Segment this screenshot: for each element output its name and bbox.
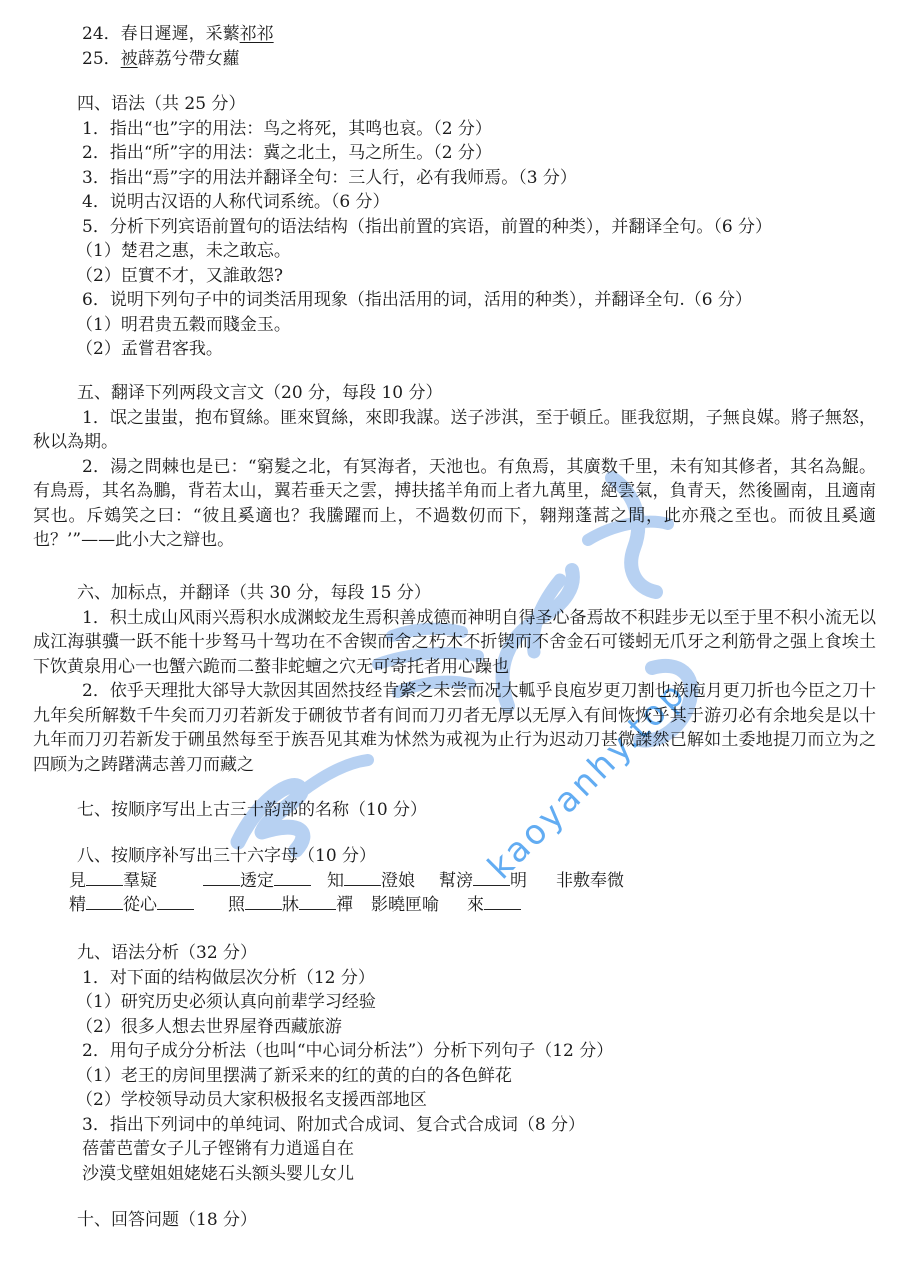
- question-25-text: 薜荔兮帶女蘿: [138, 49, 240, 69]
- text-line: 2．用句子成分分析法（也叫“中心词分析法”）分析下列句子（12 分）: [33, 1039, 876, 1064]
- text-line: （1）研究历史必须认真向前辈学习经验: [33, 990, 876, 1015]
- text-line: （2）臣實不才，又誰敢怨?: [33, 264, 876, 289]
- section-4-title: 四、语法（共 25 分）: [33, 92, 876, 117]
- question-24-underlined: 祁祁: [240, 24, 274, 44]
- question-25-underlined: 被: [121, 49, 138, 69]
- initials-group: 知澄娘: [327, 869, 415, 894]
- text-line: 5．分析下列宾语前置句的语法结构（指出前置的宾语，前置的种类），并翻译全句。（6…: [33, 215, 876, 240]
- initial-chars: 牀: [282, 895, 299, 915]
- text-line: 蓓蕾芭蕾女子儿子铿锵有力逍遥自在: [33, 1137, 876, 1162]
- initials-row-2: 精從心照牀禪影曉匣喻來: [33, 893, 876, 918]
- text-line: 1．指出“也”字的用法：鸟之将死，其鸣也哀。（2 分）: [33, 117, 876, 142]
- fill-in-blank: [157, 906, 194, 910]
- question-25: 25．被薜荔兮帶女蘿: [33, 47, 876, 72]
- initials-group: 影曉匣喻: [371, 893, 439, 918]
- text-line: 沙漠戈壁姐姐姥姥石头额头婴儿女儿: [33, 1162, 876, 1187]
- initials-group: 來: [467, 893, 521, 918]
- section-5: 五、翻译下列两段文言文（20 分，每段 10 分） 1．氓之蚩蚩，抱布貿絲。匪來…: [33, 381, 876, 553]
- initials-group: 透定: [203, 869, 311, 894]
- text-line: （2）孟嘗君客我。: [33, 337, 876, 362]
- text-line: （2）学校领导动员大家积极报名支援西部地区: [33, 1088, 876, 1113]
- section-6-passage-2: 2．依乎天理批大郤导大款因其固然技经肯綮之未尝而况大軱乎良庖岁更刀割也族庖月更刀…: [33, 679, 876, 777]
- fill-in-blank: [344, 882, 381, 886]
- text-line: 6．说明下列句子中的词类活用现象（指出活用的词，活用的种类），并翻译全句.（6 …: [33, 288, 876, 313]
- text-line: 3．指出“焉”字的用法并翻译全句：三人行，必有我师焉。（3 分）: [33, 166, 876, 191]
- initials-row-1: 見羣疑透定知澄娘幫滂明非敷奉微: [33, 869, 876, 894]
- section-4-items: 1．指出“也”字的用法：鸟之将死，其鸣也哀。（2 分）2．指出“所”字的用法：冀…: [33, 117, 876, 362]
- fill-in-blank: [86, 906, 123, 910]
- fill-in-blank: [299, 906, 336, 910]
- initial-chars: 影曉匣喻: [371, 895, 439, 915]
- question-25-number: 25．: [82, 49, 121, 69]
- initial-chars: 幫滂: [439, 871, 473, 891]
- fill-in-blank: [473, 882, 510, 886]
- section-6: 六、加标点，并翻译（共 30 分，每段 15 分） 1．积土成山风雨兴焉积水成渊…: [33, 581, 876, 777]
- question-24: 24．春日遲遲，采蘩祁祁: [33, 22, 876, 47]
- initials-group: 見羣疑: [69, 869, 157, 894]
- initials-group: 照牀禪: [228, 893, 353, 918]
- text-line: （1）楚君之惠，未之敢忘。: [33, 239, 876, 264]
- section-6-title: 六、加标点，并翻译（共 30 分，每段 15 分）: [33, 581, 876, 606]
- initial-chars: 羣疑: [123, 871, 157, 891]
- fill-in-blank: [203, 882, 240, 886]
- fill-in-blank: [484, 906, 521, 910]
- fill-in-blank: [245, 906, 282, 910]
- section-5-passage-2: 2．湯之問棘也是已：“窮髮之北，有冥海者，天池也。有魚焉，其廣数千里，未有知其修…: [33, 455, 876, 553]
- initials-group: 非敷奉微: [556, 869, 624, 894]
- section-7-title: 七、按顺序写出上古三十韵部的名称（10 分）: [33, 798, 876, 823]
- text-line: 1．对下面的结构做层次分析（12 分）: [33, 966, 876, 991]
- initial-chars: 來: [467, 895, 484, 915]
- text-line: 3．指出下列词中的单纯词、附加式合成词、复合式合成词（8 分）: [33, 1113, 876, 1138]
- initial-chars: 透定: [240, 871, 274, 891]
- initial-chars: 非敷奉微: [556, 871, 624, 891]
- document-content: 24．春日遲遲，采蘩祁祁 25．被薜荔兮帶女蘿 四、语法（共 25 分） 1．指…: [0, 0, 906, 1282]
- section-10-title: 十、回答问题（18 分）: [33, 1208, 876, 1233]
- section-5-passage-1: 1．氓之蚩蚩，抱布貿絲。匪來貿絲，來即我謀。送子涉淇，至于頓丘。匪我愆期，子無良…: [33, 406, 876, 455]
- text-line: 2．指出“所”字的用法：冀之北土，马之所生。（2 分）: [33, 141, 876, 166]
- initial-chars: 見: [69, 871, 86, 891]
- section-7: 七、按顺序写出上古三十韵部的名称（10 分）: [33, 798, 876, 823]
- text-line: 4．说明古汉语的人称代词系统。（6 分）: [33, 190, 876, 215]
- initial-chars: 澄娘: [381, 871, 415, 891]
- text-line: （2）很多人想去世界屋脊西藏旅游: [33, 1015, 876, 1040]
- fill-in-blank: [86, 882, 123, 886]
- initial-chars: 知: [327, 871, 344, 891]
- fill-in-blank: [274, 882, 311, 886]
- section-9: 九、语法分析（32 分） 1．对下面的结构做层次分析（12 分）（1）研究历史必…: [33, 941, 876, 1186]
- section-6-passage-1: 1．积土成山风雨兴焉积水成渊蛟龙生焉积善成德而神明自得圣心备焉故不积跬步无以至于…: [33, 606, 876, 680]
- initial-chars: 照: [228, 895, 245, 915]
- section-9-title: 九、语法分析（32 分）: [33, 941, 876, 966]
- intro-items: 24．春日遲遲，采蘩祁祁 25．被薜荔兮帶女蘿: [33, 22, 876, 71]
- section-9-items: 1．对下面的结构做层次分析（12 分）（1）研究历史必须认真向前辈学习经验（2）…: [33, 966, 876, 1187]
- question-24-text: 24．春日遲遲，采蘩: [82, 24, 240, 44]
- text-line: （1）老王的房间里摆满了新采来的红的黄的白的各色鲜花: [33, 1064, 876, 1089]
- initials-group: 精從心: [69, 893, 194, 918]
- section-10: 十、回答问题（18 分）: [33, 1208, 876, 1233]
- section-4: 四、语法（共 25 分） 1．指出“也”字的用法：鸟之将死，其鸣也哀。（2 分）…: [33, 92, 876, 362]
- section-5-title: 五、翻译下列两段文言文（20 分，每段 10 分）: [33, 381, 876, 406]
- document-page: kaoyanhy.top 24．春日遲遲，采蘩祁祁 25．被薜荔兮帶女蘿 四、语…: [0, 0, 906, 1282]
- initial-chars: 禪: [336, 895, 353, 915]
- initials-group: 幫滂明: [439, 869, 527, 894]
- text-line: （1）明君贵五穀而賤金玉。: [33, 313, 876, 338]
- initial-chars: 從心: [123, 895, 157, 915]
- section-8-title: 八、按顺序补写出三十六字母（10 分）: [33, 844, 876, 869]
- section-8: 八、按顺序补写出三十六字母（10 分） 見羣疑透定知澄娘幫滂明非敷奉微 精從心照…: [33, 844, 876, 918]
- initial-chars: 精: [69, 895, 86, 915]
- initial-chars: 明: [510, 871, 527, 891]
